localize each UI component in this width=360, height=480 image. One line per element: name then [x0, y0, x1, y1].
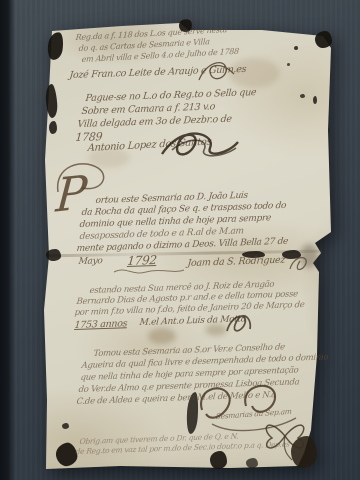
- rubric-icon: [224, 311, 254, 337]
- manuscript-line: Mayo: [78, 256, 103, 267]
- ink-blot: [210, 451, 227, 469]
- manuscript-page: Reg.da a f. 118 dos L.os que serve nesta…: [0, 0, 360, 480]
- butterfly-flourish-icon: [258, 410, 312, 462]
- edge-stain: [49, 121, 57, 134]
- ink-blot: [246, 458, 258, 468]
- corner-stain: [315, 31, 332, 48]
- ink-speck: [62, 423, 69, 429]
- underline-flourish-icon: [112, 266, 186, 276]
- initial-curl-icon: [52, 158, 114, 198]
- year-1753-line: 1753 annos: [74, 318, 128, 331]
- signature-flourish-icon: [158, 128, 242, 164]
- pen-flourish-icon: [198, 58, 238, 86]
- manuscript-photo: Reg.da a f. 118 dos L.os que serve nesta…: [0, 0, 360, 480]
- ink-speck: [287, 63, 290, 66]
- ink-speck: [313, 96, 317, 104]
- ink-speck: [294, 46, 298, 50]
- paper-stain: [148, 328, 176, 344]
- rubric-icon: [288, 253, 314, 275]
- crease-smudge: [46, 249, 61, 261]
- ink-speck: [300, 94, 305, 98]
